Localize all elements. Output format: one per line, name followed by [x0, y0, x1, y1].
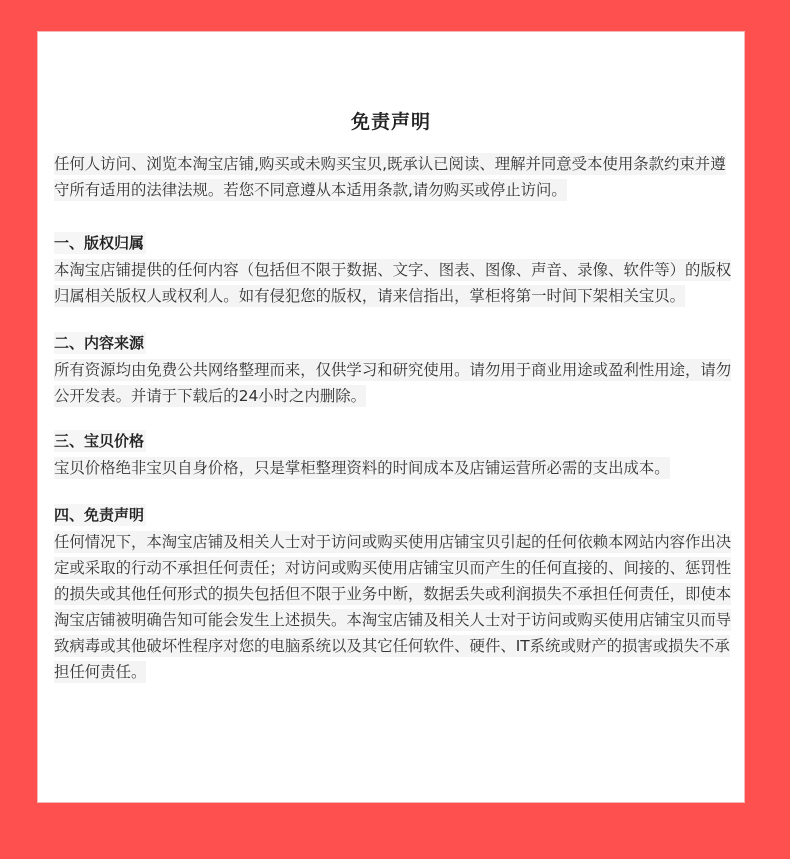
section-heading-text: 二、内容来源 [54, 332, 146, 354]
section-disclaimer: 四、免责声明 任何情况下，本淘宝店铺及相关人士对于访问或购买使用店铺宝贝引起的任… [54, 501, 734, 685]
disclaimer-panel: 免责声明 任何人访问、浏览本淘宝店铺,购买或未购买宝贝,既承认已阅读、理解并同意… [38, 32, 744, 802]
section-body: 本淘宝店铺提供的任何内容（包括但不限于数据、文字、图表、图像、声音、录像、软件等… [54, 257, 734, 309]
section-body: 所有资源均由免费公共网络整理而来，仅供学习和研究使用。请勿用于商业用途或盈利性用… [54, 357, 734, 409]
section-heading-text: 一、版权归属 [54, 232, 146, 254]
section-body-text: 任何情况下，本淘宝店铺及相关人士对于访问或购买使用店铺宝贝引起的任何依赖本网站内… [54, 531, 731, 683]
section-body: 任何情况下，本淘宝店铺及相关人士对于访问或购买使用店铺宝贝引起的任何依赖本网站内… [54, 529, 734, 685]
section-heading: 四、免责声明 [54, 501, 734, 529]
section-heading-text: 三、宝贝价格 [54, 430, 146, 452]
section-heading: 三、宝贝价格 [54, 427, 734, 455]
page-title: 免责声明 [38, 107, 744, 134]
section-price: 三、宝贝价格 宝贝价格绝非宝贝自身价格，只是掌柜整理资料的时间成本及店铺运营所必… [54, 427, 734, 481]
section-body: 宝贝价格绝非宝贝自身价格，只是掌柜整理资料的时间成本及店铺运营所必需的支出成本。 [54, 455, 734, 481]
section-heading: 一、版权归属 [54, 229, 734, 257]
document-content: 任何人访问、浏览本淘宝店铺,购买或未购买宝贝,既承认已阅读、理解并同意受本使用条… [54, 151, 734, 685]
section-copyright: 一、版权归属 本淘宝店铺提供的任何内容（包括但不限于数据、文字、图表、图像、声音… [54, 229, 734, 309]
section-body-text: 宝贝价格绝非宝贝自身价格，只是掌柜整理资料的时间成本及店铺运营所必需的支出成本。 [54, 457, 670, 479]
intro-paragraph: 任何人访问、浏览本淘宝店铺,购买或未购买宝贝,既承认已阅读、理解并同意受本使用条… [54, 151, 734, 203]
section-body-text: 所有资源均由免费公共网络整理而来，仅供学习和研究使用。请勿用于商业用途或盈利性用… [54, 359, 731, 407]
section-heading-text: 四、免责声明 [54, 504, 146, 526]
intro-text: 任何人访问、浏览本淘宝店铺,购买或未购买宝贝,既承认已阅读、理解并同意受本使用条… [54, 153, 726, 201]
section-heading: 二、内容来源 [54, 329, 734, 357]
section-body-text: 本淘宝店铺提供的任何内容（包括但不限于数据、文字、图表、图像、声音、录像、软件等… [54, 259, 731, 307]
section-content-source: 二、内容来源 所有资源均由免费公共网络整理而来，仅供学习和研究使用。请勿用于商业… [54, 329, 734, 409]
